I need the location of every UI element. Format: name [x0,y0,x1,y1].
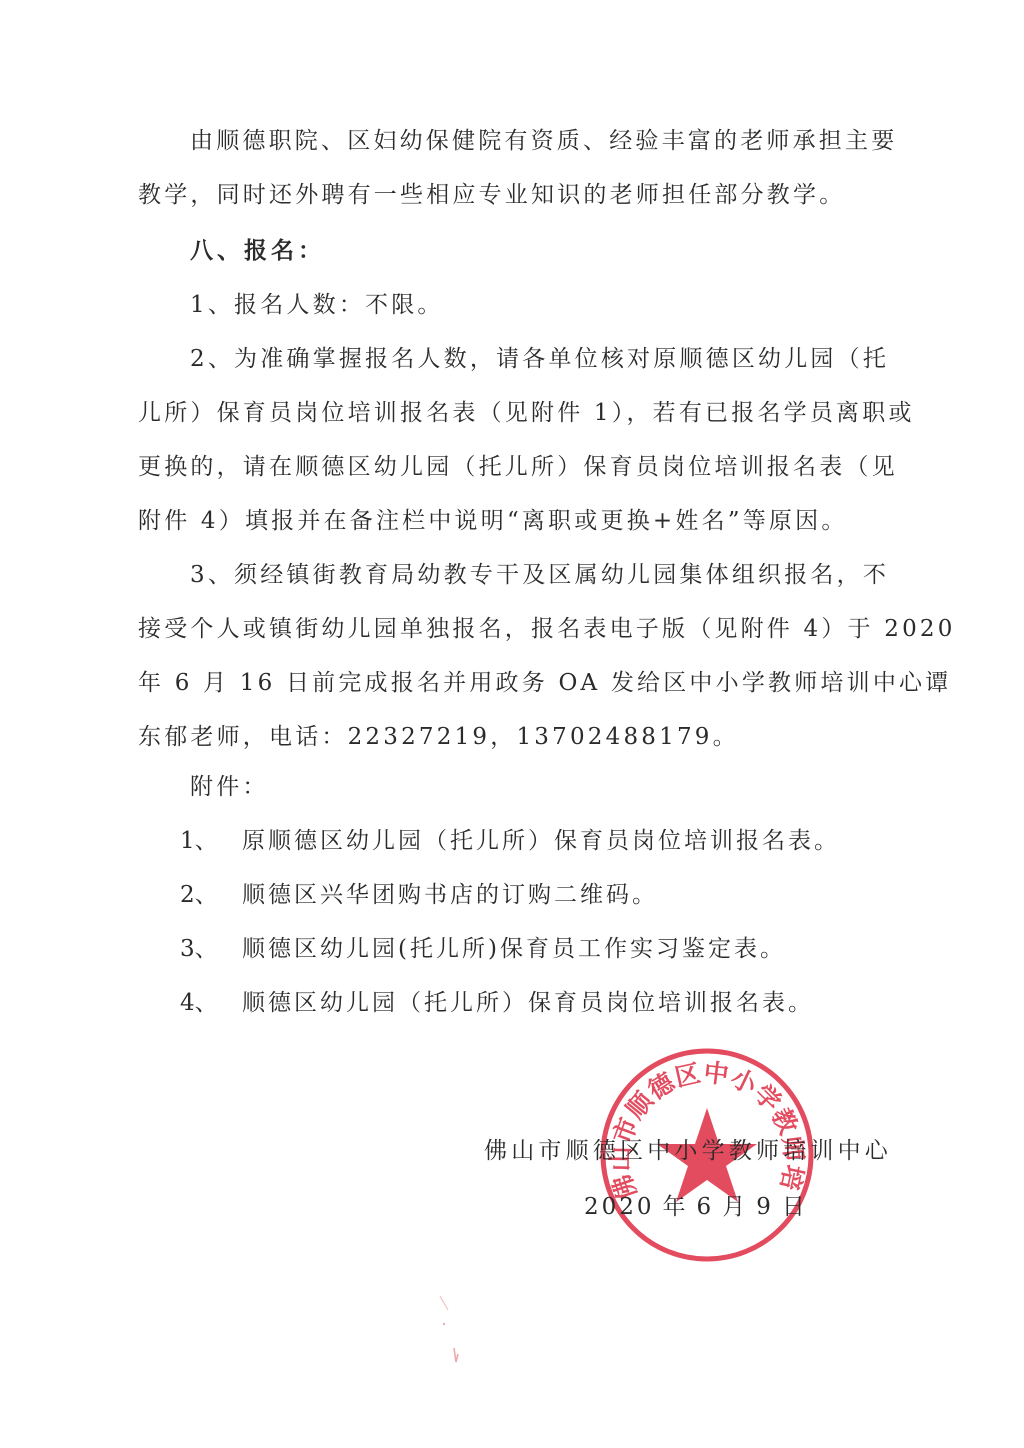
attachments-label: 附件： [190,772,269,802]
section-heading: 八、报名： [190,236,325,266]
attachment-item: 1、原顺德区幼儿园（托儿所）保育员岗位培训报名表。 [180,826,840,856]
issuing-organization: 佛山市顺德区中小学教师培训中心 [484,1136,892,1166]
attachment-number: 1、 [180,826,242,856]
date-day-char: 日 [782,1194,808,1220]
registration-item-3-line: 东郁老师，电话：22327219，13702488179。 [138,722,739,752]
faint-ink-marks [420,1290,480,1370]
registration-item-2-line: 儿所）保育员岗位培训报名表（见附件 1），若有已报名学员离职或 [138,398,915,428]
attachment-item: 3、顺德区幼儿园(托儿所)保育员工作实习鉴定表。 [180,934,786,964]
attachment-text: 顺德区幼儿园(托儿所)保育员工作实习鉴定表。 [242,936,786,962]
registration-item-2-line: 附件 4）填报并在备注栏中说明“离职或更换+姓名”等原因。 [138,506,848,536]
date-year-char: 年 [663,1194,689,1220]
document-page: 由顺德职院、区妇幼保健院有资质、经验丰富的老师承担主要 教学，同时还外聘有一些相… [0,0,1024,1448]
attachment-item: 2、顺德区兴华团购书店的订购二维码。 [180,880,658,910]
issue-date: 2020年6月9日 [584,1192,816,1222]
attachment-number: 3、 [180,934,242,964]
attachment-text: 顺德区兴华团购书店的订购二维码。 [242,882,658,908]
attachment-number: 4、 [180,988,242,1018]
paragraph-line: 教学，同时还外聘有一些相应专业知识的老师担任部分教学。 [138,180,845,210]
registration-item-2-line: 2、为准确掌握报名人数，请各单位核对原顺德区幼儿园（托 [190,344,889,374]
registration-item-1: 1、报名人数：不限。 [190,290,444,320]
paragraph-line: 由顺德职院、区妇幼保健院有资质、经验丰富的老师承担主要 [190,126,897,156]
registration-item-3-line: 年 6 月 16 日前完成报名并用政务 OA 发给区中小学教师培训中心谭 [138,668,951,698]
date-month: 6 [697,1194,715,1220]
registration-item-3-line: 接受个人或镇街幼儿园单独报名，报名表电子版（见附件 4）于 2020 [138,614,956,644]
attachment-text: 顺德区幼儿园（托儿所）保育员岗位培训报名表。 [242,990,814,1016]
date-month-char: 月 [722,1194,748,1220]
attachment-number: 2、 [180,880,242,910]
attachment-text: 原顺德区幼儿园（托儿所）保育员岗位培训报名表。 [242,828,840,854]
date-year: 2020 [584,1194,655,1220]
registration-item-3-line: 3、须经镇街教育局幼教专干及区属幼儿园集体组织报名，不 [190,560,889,590]
attachment-item: 4、顺德区幼儿园（托儿所）保育员岗位培训报名表。 [180,988,814,1018]
date-day: 9 [756,1194,774,1220]
registration-item-2-line: 更换的，请在顺德区幼儿园（托儿所）保育员岗位培训报名表（见 [138,452,898,482]
